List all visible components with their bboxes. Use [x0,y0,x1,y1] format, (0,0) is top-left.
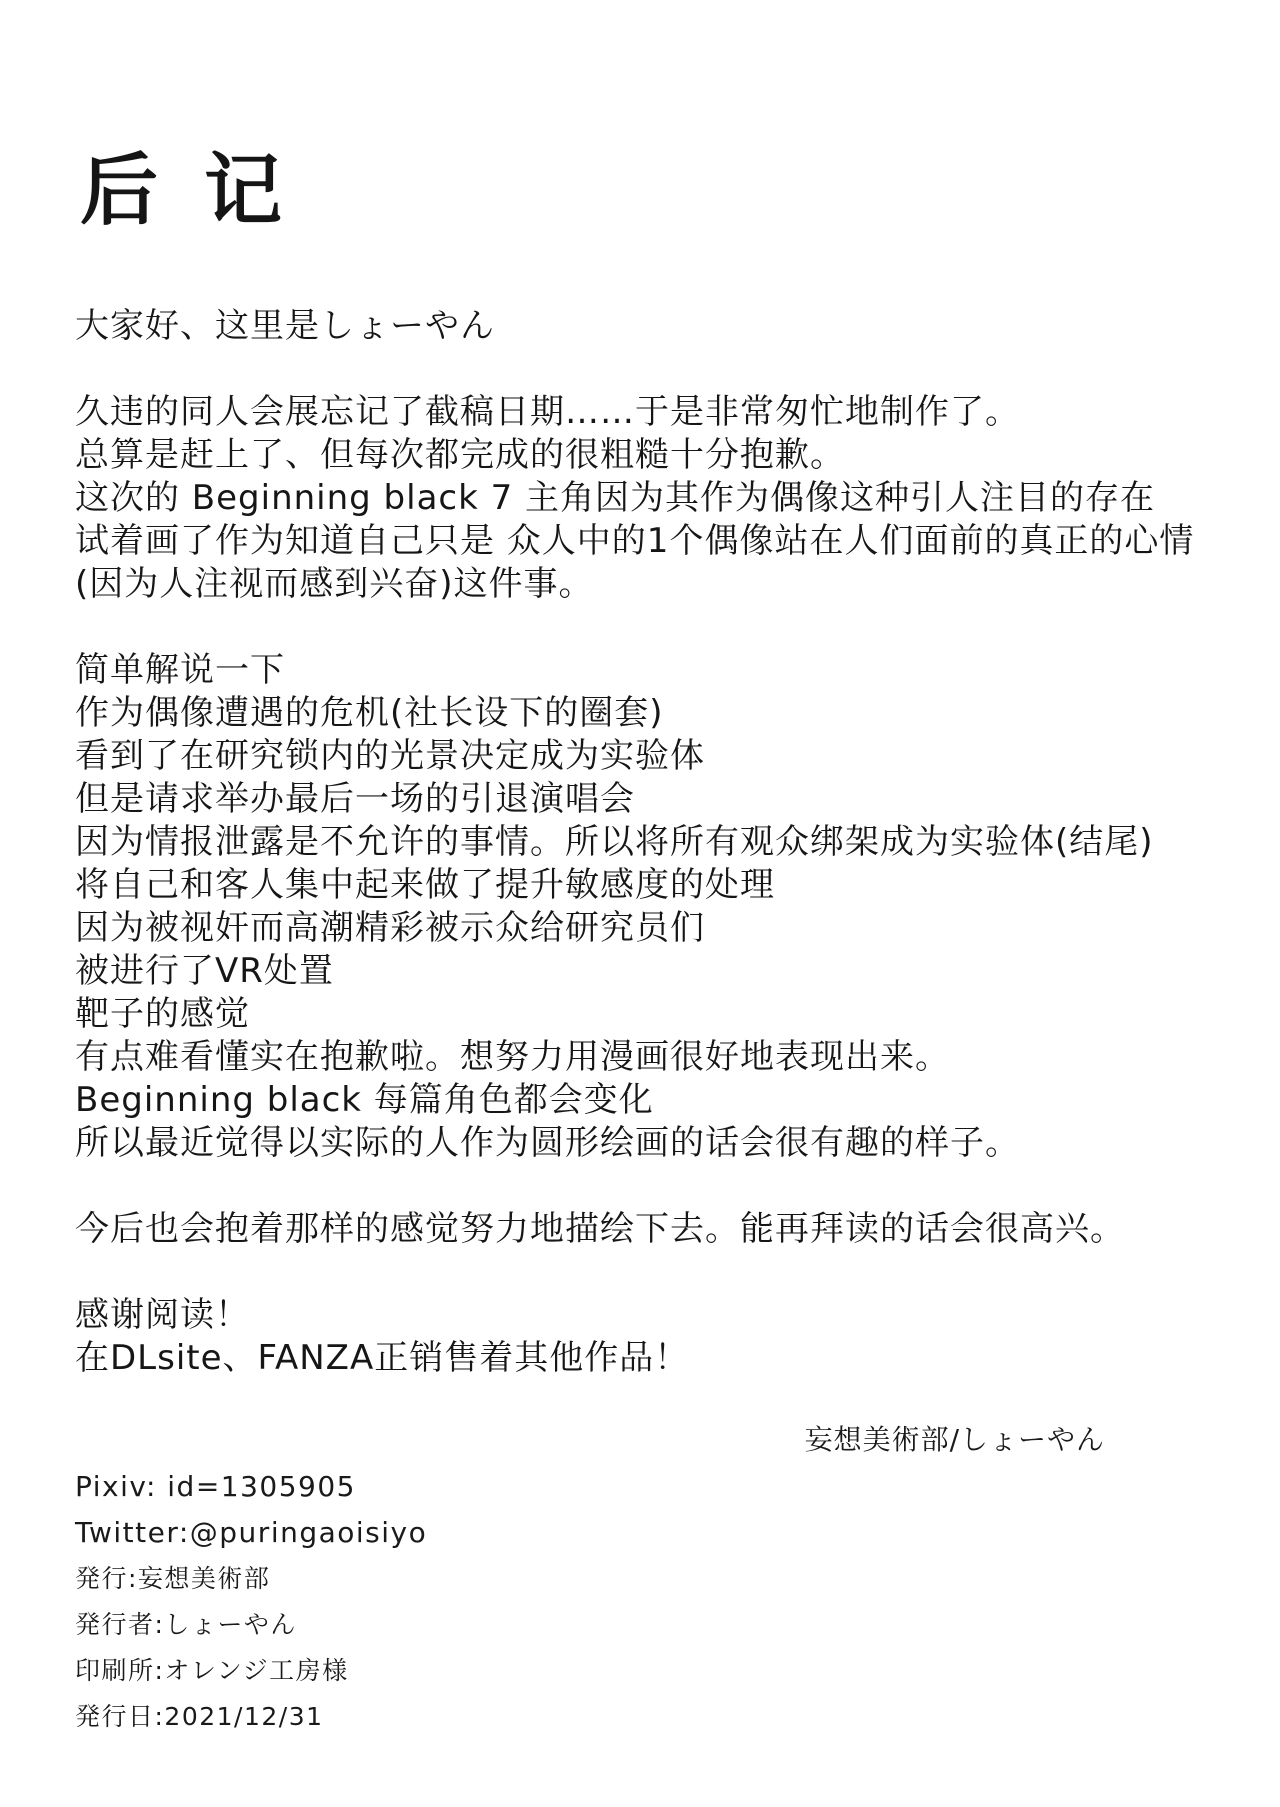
blank-line [75,606,1235,649]
blank-line [75,1251,1235,1294]
publish-date-line: 発行日:2021/12/31 [75,1694,427,1740]
colophon: Pixiv: id=1305905 Twitter:@puringaoisiyo… [75,1464,427,1740]
thanks-line: 感谢阅读！ [75,1294,1235,1337]
body-line: 这次的 Beginning black 7 主角因为其作为偶像这种引人注目的存在 [75,477,1235,520]
publisher-person-line: 発行者:しょーやん [75,1602,427,1648]
twitter-handle: Twitter:@puringaoisiyo [75,1510,427,1556]
body-line: Beginning black 每篇角色都会变化 [75,1079,1235,1122]
body-line: 今后也会抱着那样的感觉努力地描绘下去。能再拜读的话会很高兴。 [75,1208,1235,1251]
body-line: (因为人注视而感到兴奋)这件事。 [75,563,1235,606]
blank-line [75,1165,1235,1208]
body-line: 久违的同人会展忘记了截稿日期……于是非常匆忙地制作了。 [75,391,1235,434]
body-line: 因为情报泄露是不允许的事情。所以将所有观众绑架成为实验体(结尾) [75,821,1235,864]
body-line: 有点难看懂实在抱歉啦。想努力用漫画很好地表现出来。 [75,1036,1235,1079]
body-line: 总算是赶上了、但每次都完成的很粗糙十分抱歉。 [75,434,1235,477]
pixiv-id: Pixiv: id=1305905 [75,1464,427,1510]
blank-line [75,348,1235,391]
printer-line: 印刷所:オレンジ工房様 [75,1648,427,1694]
page-title: 后记 [80,152,328,230]
body-line: 所以最近觉得以实际的人作为圆形绘画的话会很有趣的样子。 [75,1122,1235,1165]
publisher-line: 発行:妄想美術部 [75,1556,427,1602]
body-line: 但是请求举办最后一场的引退演唱会 [75,778,1235,821]
body-line: 将自己和客人集中起来做了提升敏感度的处理 [75,864,1235,907]
body-line: 作为偶像遭遇的危机(社长设下的圈套) [75,692,1235,735]
store-info-line: 在DLsite、FANZA正销售着其他作品！ [75,1337,1235,1380]
afterword-body: 大家好、这里是しょーやん 久违的同人会展忘记了截稿日期……于是非常匆忙地制作了。… [75,305,1235,1380]
body-line: 被进行了VR处置 [75,950,1235,993]
greeting-line: 大家好、这里是しょーやん [75,305,1235,348]
body-line: 简单解说一下 [75,649,1235,692]
body-line: 因为被视奸而高潮精彩被示众给研究员们 [75,907,1235,950]
body-line: 靶子的感觉 [75,993,1235,1036]
body-line: 看到了在研究锁内的光景决定成为实验体 [75,735,1235,778]
body-line: 试着画了作为知道自己只是 众人中的1个偶像站在人们面前的真正的心情 [75,520,1235,563]
author-credit: 妄想美術部/しょーやん [805,1422,1105,1458]
afterword-page: 后记 大家好、这里是しょーやん 久违的同人会展忘记了截稿日期……于是非常匆忙地制… [0,0,1280,1807]
